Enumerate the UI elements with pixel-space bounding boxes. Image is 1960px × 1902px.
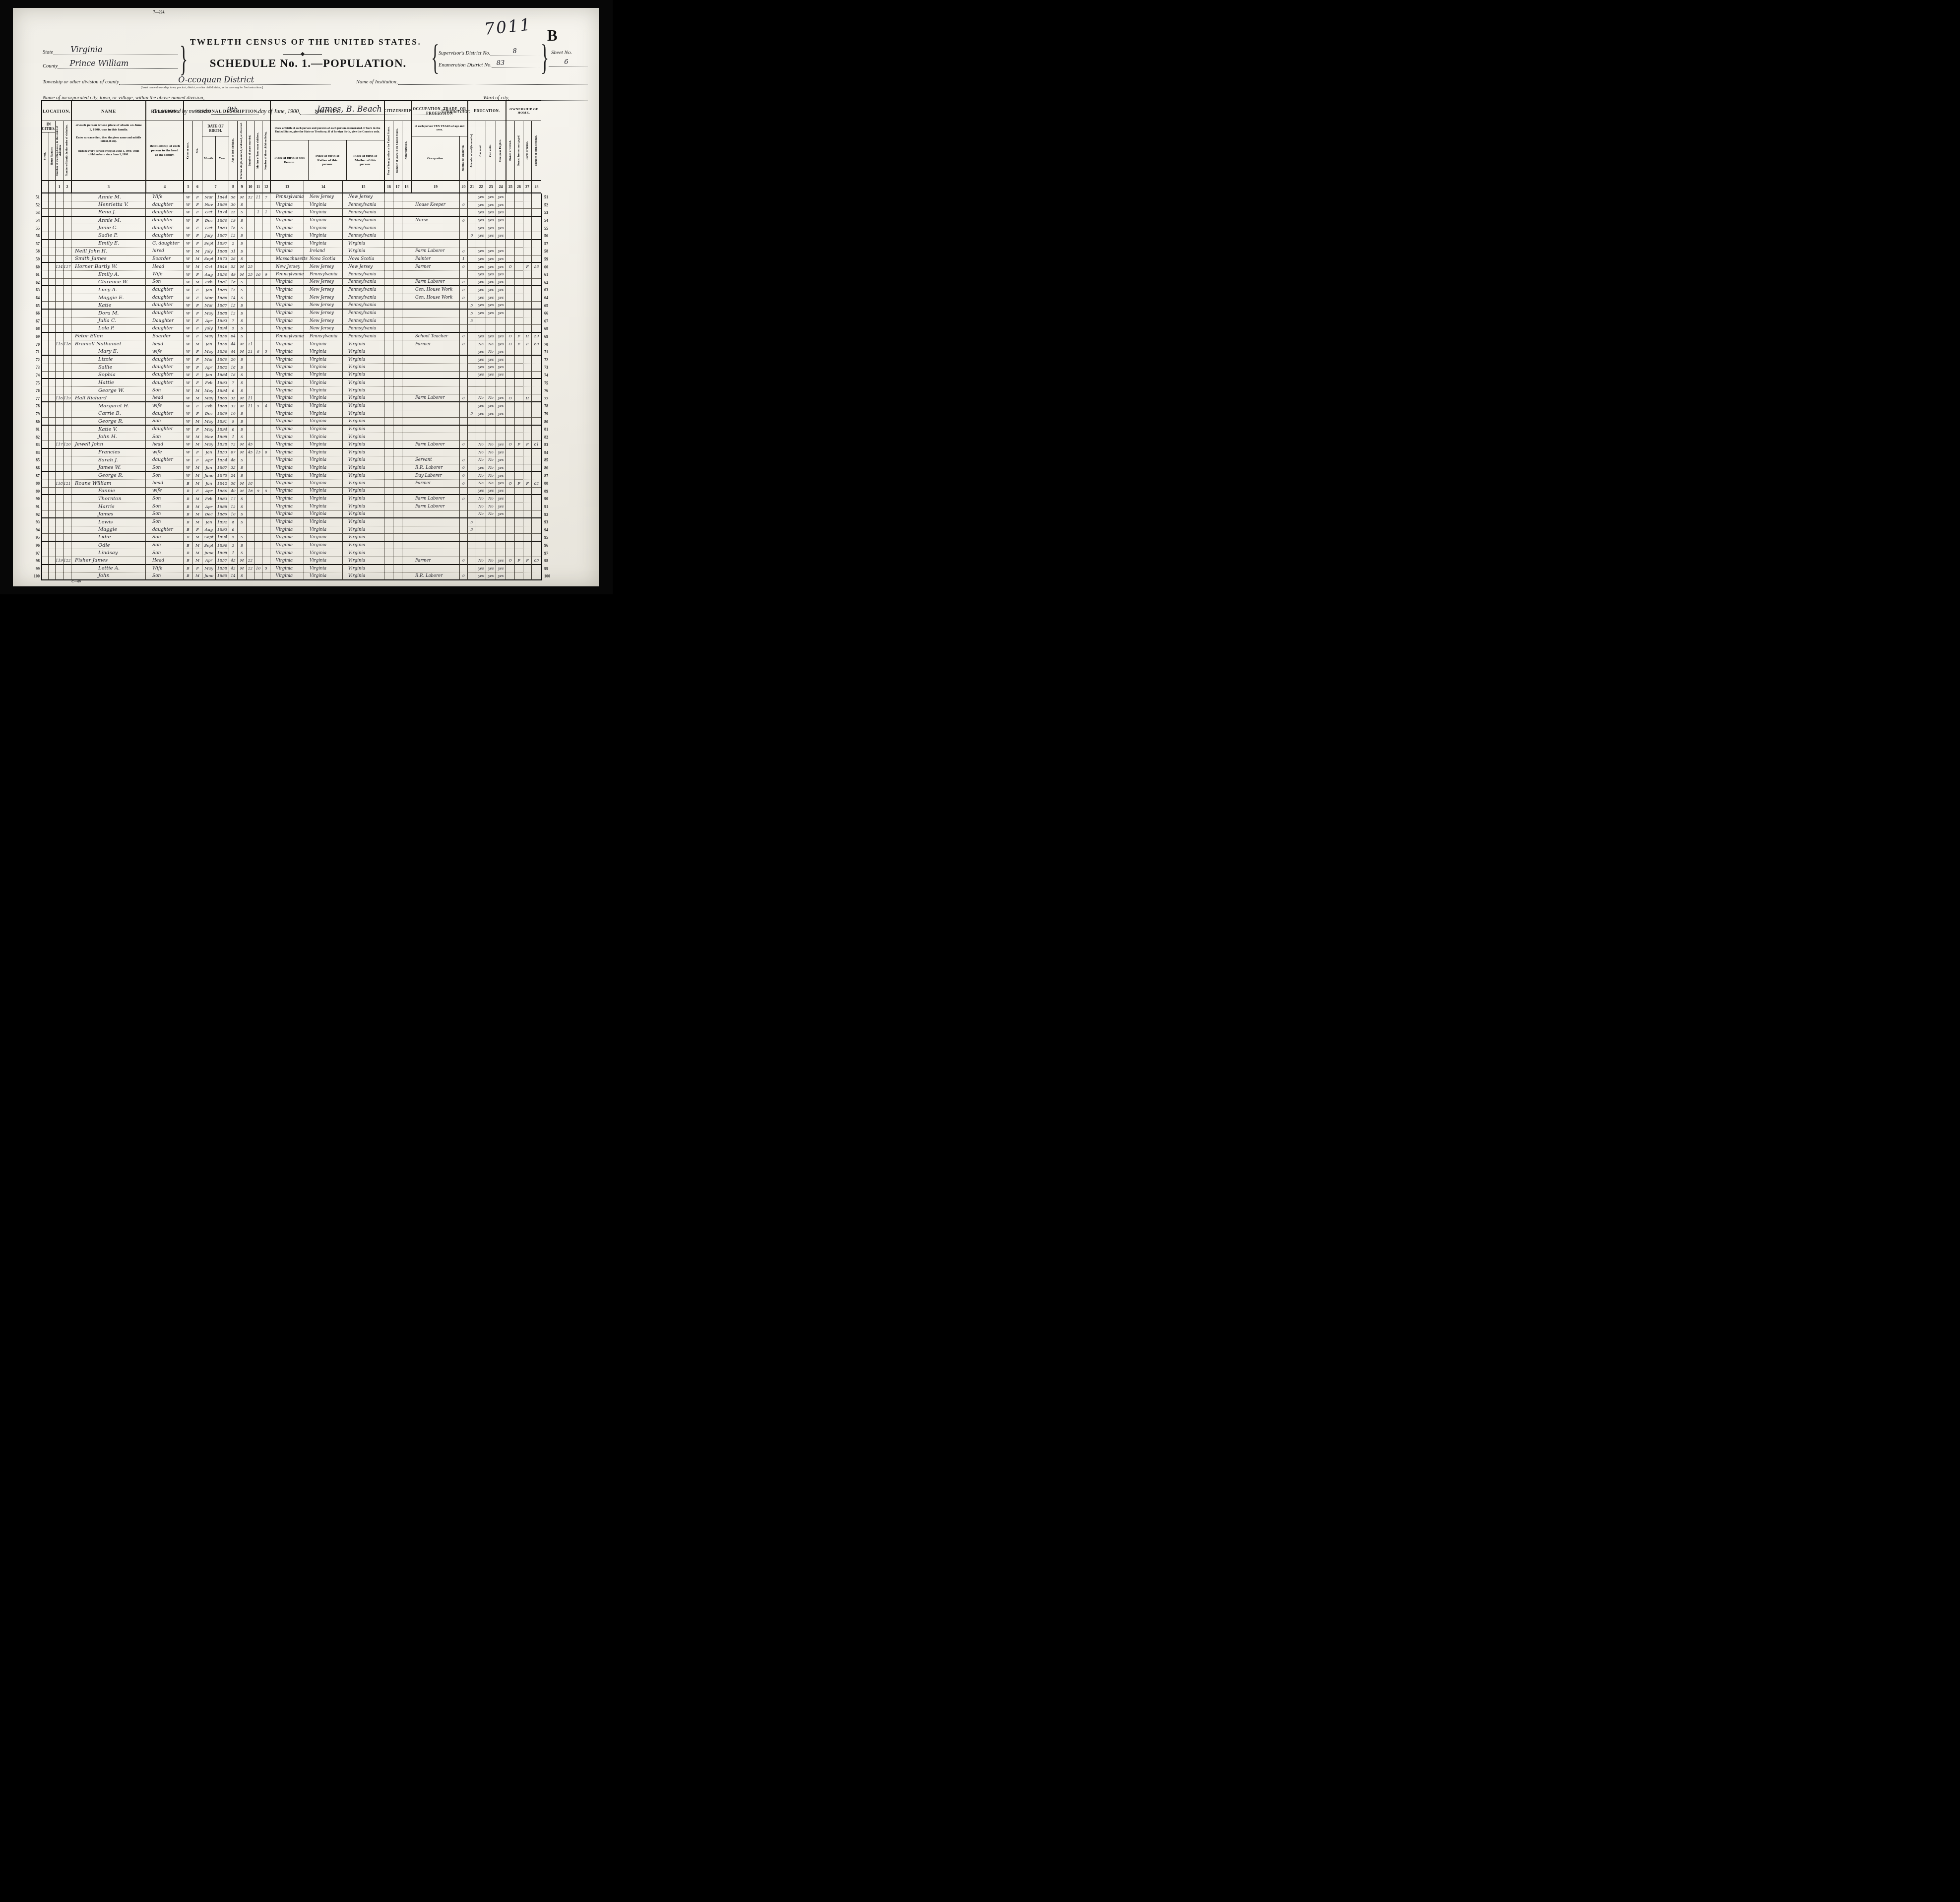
cell-dw: 119 <box>55 557 63 565</box>
cell-fa <box>63 248 71 255</box>
cell-wr: No <box>486 503 496 511</box>
cell-pf: Pennsylvania <box>304 271 342 279</box>
cell-fa <box>63 464 71 472</box>
cell-occ <box>411 224 459 232</box>
cell-ym <box>246 572 254 580</box>
right-brace: } <box>541 39 549 78</box>
city-line <box>204 93 479 101</box>
cell-fm: F <box>514 333 523 341</box>
cell-iy <box>384 464 393 472</box>
cell-fm <box>514 387 523 395</box>
cell-dw <box>55 255 63 263</box>
cell-mo: July <box>202 248 215 255</box>
cell-pb: Virginia <box>270 209 304 217</box>
cell-iy <box>384 325 393 333</box>
cell-fs <box>531 217 541 225</box>
cell-occ: Farm Laborer <box>411 441 459 449</box>
column-number: 9 <box>237 181 246 193</box>
cell-col: B <box>183 565 192 573</box>
cell-yr: 1885 <box>215 572 229 580</box>
cell-mne <box>459 542 467 550</box>
cell-fh <box>523 279 531 287</box>
cell-mne: 0 <box>459 472 467 480</box>
cell-ym <box>246 510 254 518</box>
cell-or <box>506 510 514 518</box>
cell-pm: Pennsylvania <box>342 310 384 317</box>
cell-pf: Nova Scotia <box>304 255 342 263</box>
cell-occ <box>411 549 459 557</box>
cell-fa <box>63 472 71 480</box>
cell-wr: No <box>486 441 496 449</box>
cell-pb: Virginia <box>270 534 304 542</box>
cell-pf: New Jersey <box>304 317 342 325</box>
cell-iy <box>384 333 393 341</box>
nativity-note: Place of birth of each person and parent… <box>271 121 384 140</box>
cell-name: Margaret H. <box>71 402 145 410</box>
cell-col: W <box>183 449 192 457</box>
cell-cb <box>254 387 262 395</box>
cell-name: Roane William <box>71 480 145 488</box>
cell-cl <box>262 372 270 380</box>
column-number: 12 <box>262 181 270 193</box>
cell-dw <box>55 387 63 395</box>
cell-ym <box>246 410 254 418</box>
cell-age: 43 <box>229 557 237 565</box>
cell-name: Katie V. <box>71 426 145 434</box>
cell-mo: Dec <box>202 217 215 225</box>
cell-sex: M <box>192 480 202 488</box>
cell-iy <box>384 542 393 550</box>
line-number: 99 <box>541 565 548 573</box>
cell-mo: Sept <box>202 240 215 248</box>
line-number: 55 <box>35 224 41 232</box>
cell-age: 1 <box>229 549 237 557</box>
cell-pf: Virginia <box>304 480 342 488</box>
cell-occ: Nurse <box>411 217 459 225</box>
cell-rel: head <box>145 441 183 449</box>
form-number: 7—224. <box>139 10 179 14</box>
cell-fm <box>514 325 523 333</box>
township-line: O-ccoquan District <box>119 77 330 85</box>
cell-wr: No <box>486 480 496 488</box>
cell-pb: Virginia <box>270 317 304 325</box>
cell-iy <box>384 510 393 518</box>
cell-fs <box>531 472 541 480</box>
cell-sex: M <box>192 510 202 518</box>
column-number: 25 <box>506 181 514 193</box>
line-number: 71 <box>35 348 41 356</box>
cell-dw <box>55 224 63 232</box>
line-number: 88 <box>35 480 41 488</box>
cell-ym: 45 <box>246 441 254 449</box>
cell-cl <box>262 224 270 232</box>
cell-fa: 122 <box>63 557 71 565</box>
cell-cl: 1 <box>262 209 270 217</box>
cell-fh <box>523 232 531 240</box>
cell-en: yes <box>496 248 506 255</box>
cell-fs <box>531 317 541 325</box>
cell-cl <box>262 549 270 557</box>
cell-fm <box>514 472 523 480</box>
line-number: 83 <box>541 441 548 449</box>
cell-fa <box>63 201 71 209</box>
cell-name: Lola P. <box>71 325 145 333</box>
line-number: 91 <box>35 503 41 511</box>
cell-nat <box>402 325 411 333</box>
cell-pm: Virginia <box>342 464 384 472</box>
cell-pm: Virginia <box>342 510 384 518</box>
cell-house <box>48 572 55 580</box>
cell-dw <box>55 526 63 534</box>
column-number: 23 <box>486 181 496 193</box>
cell-street <box>41 333 48 341</box>
cell-fs <box>531 426 541 434</box>
cell-name: Lucy A. <box>71 286 145 294</box>
cell-house <box>48 255 55 263</box>
cell-fh <box>523 526 531 534</box>
enumeration-district-line: 83 <box>492 61 540 68</box>
cell-mar: M <box>237 340 246 348</box>
cell-yr: 1828 <box>215 441 229 449</box>
cell-ym <box>246 325 254 333</box>
cell-cl <box>262 572 270 580</box>
cell-fs <box>531 495 541 503</box>
cell-sch <box>467 372 476 380</box>
cell-pb: Virginia <box>270 410 304 418</box>
cell-yr: 1888 <box>215 310 229 317</box>
cell-sex: F <box>192 402 202 410</box>
cell-name: Maggie E. <box>71 294 145 302</box>
cell-mo: Dec <box>202 410 215 418</box>
cell-mo: Mar <box>202 302 215 310</box>
cell-ym: 22 <box>246 557 254 565</box>
cell-en: yes <box>496 193 506 201</box>
line-number: 81 <box>35 426 41 434</box>
cell-en: yes <box>496 201 506 209</box>
cell-fm <box>514 193 523 201</box>
cell-fh: H <box>523 333 531 341</box>
cell-house <box>48 534 55 542</box>
cell-dw <box>55 503 63 511</box>
line-number: 95 <box>35 534 41 542</box>
cell-dw <box>55 495 63 503</box>
cell-sch <box>467 201 476 209</box>
cell-occ <box>411 565 459 573</box>
cell-ym <box>246 279 254 287</box>
cell-pb: Virginia <box>270 201 304 209</box>
cell-sch <box>467 379 476 387</box>
cell-col: B <box>183 488 192 496</box>
cell-en: yes <box>496 441 506 449</box>
cell-en <box>496 418 506 426</box>
cell-col: B <box>183 510 192 518</box>
cell-cl <box>262 302 270 310</box>
cell-ym <box>246 317 254 325</box>
cell-fh: F <box>523 557 531 565</box>
line-number: 84 <box>35 449 41 457</box>
cell-mne <box>459 433 467 441</box>
children-living-column-header: Number of these children living. <box>262 121 270 181</box>
column-number: 11 <box>254 181 262 193</box>
cell-rd: yes <box>476 310 486 317</box>
cell-fh <box>523 402 531 410</box>
cell-name: Lettie A. <box>71 565 145 573</box>
cell-cb <box>254 201 262 209</box>
cell-fs <box>531 271 541 279</box>
cell-rd <box>476 518 486 526</box>
cell-age: 16 <box>229 372 237 380</box>
cell-yu <box>393 534 402 542</box>
cell-fa <box>63 510 71 518</box>
cell-mo: June <box>202 549 215 557</box>
group-occupation: OCCUPATION, TRADE, OR PROFESSION <box>411 100 467 121</box>
cell-dw <box>55 240 63 248</box>
cell-pb: Virginia <box>270 488 304 496</box>
line-number: 90 <box>35 495 41 503</box>
cell-rel: Son <box>145 534 183 542</box>
cell-en: yes <box>496 310 506 317</box>
cell-col: W <box>183 364 192 372</box>
cell-yr: 1883 <box>215 224 229 232</box>
cell-cl <box>262 472 270 480</box>
cell-cl: 5 <box>262 565 270 573</box>
cell-pf: New Jersey <box>304 279 342 287</box>
cell-pm: Virginia <box>342 518 384 526</box>
cell-mar: S <box>237 495 246 503</box>
cell-fa <box>63 379 71 387</box>
cell-yu <box>393 263 402 271</box>
cell-rel: Son <box>145 572 183 580</box>
cell-cl <box>262 201 270 209</box>
cell-pf: Virginia <box>304 572 342 580</box>
cell-dw <box>55 379 63 387</box>
cell-col: W <box>183 232 192 240</box>
cell-yu <box>393 426 402 434</box>
cell-rel: head <box>145 340 183 348</box>
cell-fa <box>63 286 71 294</box>
cell-mo: July <box>202 325 215 333</box>
cell-yu <box>393 410 402 418</box>
cell-house <box>48 263 55 271</box>
cell-house <box>48 348 55 356</box>
cell-street <box>41 565 48 573</box>
cell-fh <box>523 348 531 356</box>
line-number: 68 <box>35 325 41 333</box>
cell-fa <box>63 449 71 457</box>
cell-wr: yes <box>486 310 496 317</box>
cell-age: 14 <box>229 294 237 302</box>
cell-rel: daughter <box>145 356 183 364</box>
column-number <box>48 181 55 193</box>
cell-en: yes <box>496 302 506 310</box>
cell-street <box>41 534 48 542</box>
cell-or <box>506 364 514 372</box>
cell-ym <box>246 472 254 480</box>
stamp-number: 7011 <box>483 14 533 39</box>
column-number: 26 <box>514 181 523 193</box>
cell-pm: Virginia <box>342 572 384 580</box>
cell-mo: May <box>202 394 215 402</box>
cell-fh <box>523 456 531 464</box>
cell-occ <box>411 526 459 534</box>
cell-iy <box>384 232 393 240</box>
cell-pm: Virginia <box>342 372 384 380</box>
cell-street <box>41 286 48 294</box>
cell-pm: Virginia <box>342 472 384 480</box>
line-number: 69 <box>35 333 41 341</box>
cell-pb: Virginia <box>270 286 304 294</box>
cell-wr: No <box>486 495 496 503</box>
group-relation: RELATION. <box>145 100 183 121</box>
cell-pm: Virginia <box>342 534 384 542</box>
cell-fs <box>531 255 541 263</box>
cell-sch <box>467 472 476 480</box>
cell-sex: F <box>192 348 202 356</box>
cell-ym: 45 <box>246 449 254 457</box>
cell-cb <box>254 480 262 488</box>
cell-en: yes <box>496 271 506 279</box>
cell-pm: Virginia <box>342 240 384 248</box>
cell-pf: Virginia <box>304 526 342 534</box>
occupation-column-label: Occupation. <box>412 136 459 180</box>
cell-name: Sophia <box>71 372 145 380</box>
cell-or <box>506 449 514 457</box>
cell-or <box>506 418 514 426</box>
cell-en <box>496 549 506 557</box>
cell-dw <box>55 410 63 418</box>
cell-cb <box>254 557 262 565</box>
cell-en: yes <box>496 557 506 565</box>
cell-house <box>48 387 55 395</box>
cell-sch <box>467 557 476 565</box>
age-column-header: Age at last birthday. <box>229 121 237 181</box>
cell-cl <box>262 526 270 534</box>
cell-fa <box>63 348 71 356</box>
cell-mne: 0 <box>459 394 467 402</box>
cell-pm: Pennsylvania <box>342 271 384 279</box>
cell-mo: May <box>202 418 215 426</box>
cell-fm <box>514 302 523 310</box>
cell-age: 20 <box>229 356 237 364</box>
cell-en: yes <box>496 364 506 372</box>
cell-street <box>41 449 48 457</box>
line-number: 85 <box>541 456 548 464</box>
cell-mne <box>459 526 467 534</box>
line-number: 72 <box>541 356 548 364</box>
cell-yu <box>393 294 402 302</box>
cell-pf: Virginia <box>304 472 342 480</box>
cell-yu <box>393 557 402 565</box>
cell-yu <box>393 572 402 580</box>
line-number: 61 <box>541 271 548 279</box>
cell-cl: 9 <box>262 271 270 279</box>
cell-col: W <box>183 310 192 317</box>
cell-or <box>506 433 514 441</box>
cell-yu <box>393 565 402 573</box>
column-number: 27 <box>523 181 531 193</box>
cell-yu <box>393 449 402 457</box>
cell-or <box>506 294 514 302</box>
cell-age: 35 <box>229 394 237 402</box>
cell-mar: M <box>237 441 246 449</box>
cell-dw <box>55 302 63 310</box>
line-number: 70 <box>35 340 41 348</box>
cell-sch: 5 <box>467 317 476 325</box>
cell-sch <box>467 217 476 225</box>
cell-street <box>41 255 48 263</box>
cell-rel: daughter <box>145 379 183 387</box>
line-number: 68 <box>541 325 548 333</box>
line-number: 58 <box>541 248 548 255</box>
cell-or <box>506 495 514 503</box>
cell-house <box>48 217 55 225</box>
cell-rd: yes <box>476 201 486 209</box>
cell-yr: 1891 <box>215 418 229 426</box>
cell-sex: M <box>192 387 202 395</box>
cell-dw <box>55 433 63 441</box>
cell-wr <box>486 418 496 426</box>
cell-yu <box>393 480 402 488</box>
cell-yr: 1887 <box>215 232 229 240</box>
cell-fm <box>514 488 523 496</box>
cell-rel: wife <box>145 348 183 356</box>
cell-yu <box>393 279 402 287</box>
cell-pm: Virginia <box>342 418 384 426</box>
cell-col: B <box>183 480 192 488</box>
cell-street <box>41 294 48 302</box>
cell-dw <box>55 286 63 294</box>
cell-occ: Painter <box>411 255 459 263</box>
cell-dw <box>55 356 63 364</box>
cell-rd: yes <box>476 232 486 240</box>
cell-cl: 5 <box>262 348 270 356</box>
cell-fh <box>523 255 531 263</box>
cell-cb <box>254 317 262 325</box>
cell-street <box>41 480 48 488</box>
cell-or <box>506 217 514 225</box>
cell-sex: F <box>192 217 202 225</box>
nativity-block: Place of birth of each person and parent… <box>270 121 384 181</box>
cell-fs <box>531 387 541 395</box>
cell-mne <box>459 364 467 372</box>
cell-name: James W. <box>71 464 145 472</box>
cell-wr: yes <box>486 356 496 364</box>
cell-yu <box>393 394 402 402</box>
cell-fh <box>523 356 531 364</box>
cell-fm <box>514 418 523 426</box>
cell-en: yes <box>496 286 506 294</box>
cell-sex: F <box>192 526 202 534</box>
cell-mar: S <box>237 510 246 518</box>
cell-rd <box>476 379 486 387</box>
cell-en: yes <box>496 503 506 511</box>
cell-sex: M <box>192 503 202 511</box>
cell-nat <box>402 394 411 402</box>
census-scan-page: 7—224. TWELFTH CENSUS OF THE UNITED STAT… <box>0 0 613 594</box>
cell-cl <box>262 510 270 518</box>
cell-rel: daughter <box>145 426 183 434</box>
cell-en <box>496 379 506 387</box>
cell-or <box>506 518 514 526</box>
cell-rd: No <box>476 495 486 503</box>
cell-street <box>41 418 48 426</box>
cell-fh <box>523 240 531 248</box>
cell-en: yes <box>496 255 506 263</box>
cell-cl <box>262 518 270 526</box>
cell-ym <box>246 310 254 317</box>
line-number: 56 <box>35 232 41 240</box>
cell-street <box>41 201 48 209</box>
